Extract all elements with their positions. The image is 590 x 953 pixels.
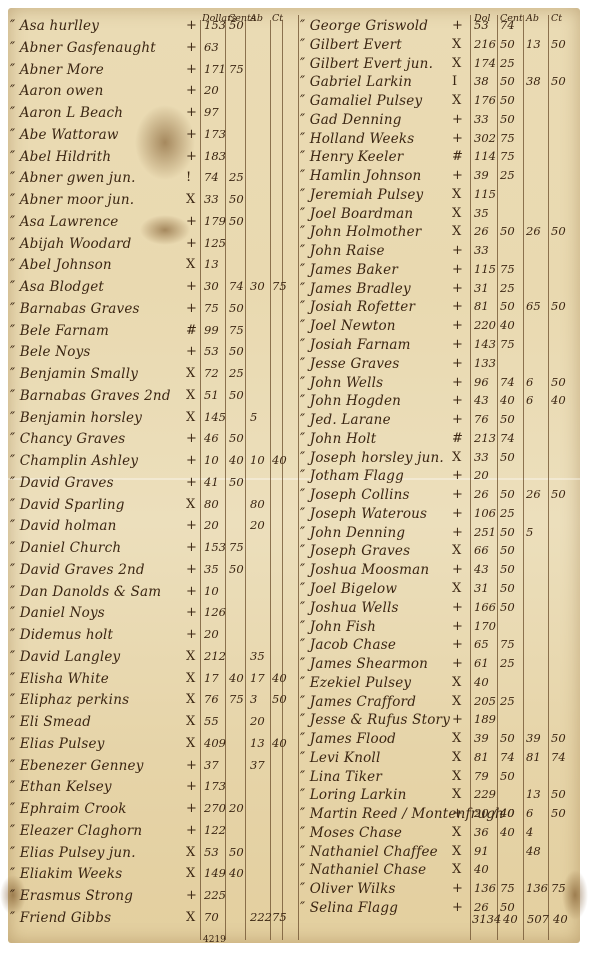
entry-mark: # (186, 323, 197, 338)
entry-dollars: 81 (474, 299, 489, 313)
entry-mark: X (186, 366, 195, 381)
entry-cents: 75 (500, 637, 515, 651)
entry-c4: 50 (551, 487, 566, 501)
entry-name: ″ James Flood (300, 731, 396, 747)
entry-c3: 3 (250, 692, 257, 706)
entry-name: ″ Eleazer Claghorn (10, 823, 142, 839)
entry-dollars: 153 (204, 540, 226, 554)
entry-c3: 222 (250, 910, 272, 924)
entry-mark: X (452, 787, 461, 802)
entry-cents: 25 (500, 168, 515, 182)
entry-dollars: 35 (204, 562, 219, 576)
entry-mark: + (186, 83, 197, 98)
entry-mark: ! (186, 170, 191, 185)
entry-name: ″ Jesse & Rufus Story (300, 712, 450, 728)
entry-mark: + (186, 518, 197, 533)
entry-name: ″ Abe Wattoraw (10, 127, 119, 143)
entry-dollars: 173 (204, 127, 226, 141)
entry-mark: + (186, 453, 197, 468)
entry-dollars: 10 (204, 584, 219, 598)
entry-mark: X (452, 769, 461, 784)
entry-c3: 5 (250, 410, 257, 424)
entry-c3: 4 (526, 825, 533, 839)
entry-cents: 40 (500, 825, 515, 839)
entry-dollars: 216 (474, 37, 496, 51)
entry-cents: 50 (500, 112, 515, 126)
entry-cents: 50 (500, 299, 515, 313)
entry-dollars: 115 (474, 262, 496, 276)
entry-dollars: 61 (474, 656, 489, 670)
entry-cents: 50 (229, 344, 244, 358)
entry-c4: 75 (272, 279, 287, 293)
entry-name: ″ James Baker (300, 262, 398, 278)
entry-cents: 25 (500, 56, 515, 70)
entry-c4: 50 (551, 224, 566, 238)
entry-dollars: 409 (204, 736, 226, 750)
entry-name: ″ Joseph Collins (300, 487, 410, 503)
entry-name: ″ Friend Gibbs (10, 910, 111, 926)
entry-mark: X (452, 731, 461, 746)
entry-dollars: 30 (204, 279, 219, 293)
entry-name: ″ Selina Flagg (300, 900, 398, 916)
entry-name: ″ Abner More (10, 62, 104, 78)
entry-name: ″ John Fish (300, 619, 376, 635)
entry-name: ″ Abner gwen jun. (10, 170, 136, 186)
entry-c3: 10 (250, 453, 265, 467)
entry-name: ″ John Hogden (300, 393, 401, 409)
entry-dollars: 76 (204, 692, 219, 706)
entry-name: ″ Benjamin Smally (10, 366, 138, 382)
entry-name: ″ John Wells (300, 375, 383, 391)
entry-dollars: 10 (204, 453, 219, 467)
entry-dollars: 20 (204, 518, 219, 532)
column-rule (470, 15, 471, 940)
entry-mark: X (186, 866, 195, 881)
entry-mark: + (452, 619, 463, 634)
entry-mark: + (452, 487, 463, 502)
entry-dollars: 149 (204, 866, 226, 880)
entry-mark: + (452, 243, 463, 258)
entry-mark: + (452, 806, 463, 821)
entry-cents: 75 (229, 323, 244, 337)
entry-name: ″ Levi Knoll (300, 750, 380, 766)
entry-dollars: 220 (474, 318, 496, 332)
entry-mark: X (186, 692, 195, 707)
entry-dollars: 72 (204, 366, 219, 380)
entry-cents: 50 (500, 37, 515, 51)
entry-dollars: 229 (474, 787, 496, 801)
entry-mark: + (452, 525, 463, 540)
entry-cents: 50 (229, 431, 244, 445)
entry-dollars: 143 (474, 337, 496, 351)
right-total-cents: 40 (503, 912, 518, 926)
entry-name: ″ David Sparling (10, 497, 125, 513)
entry-name: ″ Bele Farnam (10, 323, 109, 339)
right-total-dollars: 3134 (472, 912, 501, 926)
entry-mark: + (186, 627, 197, 642)
entry-cents: 50 (500, 412, 515, 426)
entry-name: ″ Elias Pulsey jun. (10, 845, 136, 861)
entry-mark: # (452, 149, 463, 164)
entry-mark: + (452, 318, 463, 333)
entry-cents: 75 (500, 881, 515, 895)
entry-c3: 37 (250, 758, 265, 772)
entry-dollars: 145 (204, 410, 226, 424)
entry-cents: 50 (229, 18, 244, 32)
entry-name: ″ Asa hurlley (10, 18, 99, 34)
entry-c4: 40 (272, 671, 287, 685)
entry-cents: 75 (500, 131, 515, 145)
entry-name: ″ Abner moor jun. (10, 192, 134, 208)
entry-dollars: 46 (204, 431, 219, 445)
entry-dollars: 251 (474, 525, 496, 539)
entry-mark: X (186, 736, 195, 751)
entry-dollars: 43 (474, 393, 489, 407)
column-rule (497, 15, 498, 940)
entry-mark: + (452, 393, 463, 408)
entry-mark: + (186, 779, 197, 794)
column-header: Ab (250, 13, 263, 24)
entry-name: ″ David holman (10, 518, 117, 534)
entry-name: ″ John Denning (300, 525, 405, 541)
entry-mark: X (186, 845, 195, 860)
entry-dollars: 26 (474, 487, 489, 501)
entry-mark: X (452, 224, 461, 239)
entry-cents: 25 (229, 366, 244, 380)
entry-mark: + (186, 279, 197, 294)
entry-dollars: 114 (474, 149, 496, 163)
entry-name: ″ Jacob Chase (300, 637, 396, 653)
column-rule (245, 20, 246, 940)
entry-cents: 75 (500, 337, 515, 351)
entry-dollars: 33 (474, 450, 489, 464)
entry-c3: 136 (526, 881, 548, 895)
entry-name: ″ Aaron L Beach (10, 105, 123, 121)
entry-name: ″ Abijah Woodard (10, 236, 131, 252)
column-rule (282, 20, 283, 940)
entry-cents: 50 (229, 475, 244, 489)
entry-dollars: 20 (474, 468, 489, 482)
entry-mark: X (452, 862, 461, 877)
entry-dollars: 40 (474, 675, 489, 689)
entry-dollars: 166 (474, 600, 496, 614)
entry-mark: X (452, 187, 461, 202)
entry-c4: 50 (551, 731, 566, 745)
entry-mark: + (452, 412, 463, 427)
entry-mark: + (186, 127, 197, 142)
right-total-c3: 507 (527, 912, 549, 926)
entry-name: ″ Abel Hildrith (10, 149, 111, 165)
entry-mark: X (452, 825, 461, 840)
entry-dollars: 80 (204, 497, 219, 511)
entry-dollars: 43 (474, 562, 489, 576)
entry-mark: X (452, 450, 461, 465)
column-header: Ct (551, 13, 562, 24)
entry-mark: + (186, 105, 197, 120)
entry-name: ″ Loring Larkin (300, 787, 407, 803)
entry-cents: 50 (229, 192, 244, 206)
entry-cents: 50 (229, 845, 244, 859)
entry-name: ″ Elisha White (10, 671, 109, 687)
entry-mark: + (186, 344, 197, 359)
entry-cents: 25 (229, 170, 244, 184)
entry-dollars: 115 (474, 187, 496, 201)
entry-mark: X (186, 257, 195, 272)
entry-mark: + (186, 888, 197, 903)
entry-cents: 50 (500, 562, 515, 576)
entry-cents: 50 (500, 93, 515, 107)
entry-c3: 26 (526, 224, 541, 238)
entry-c3: 30 (250, 279, 265, 293)
entry-dollars: 213 (474, 431, 496, 445)
entry-name: ″ Ephraim Crook (10, 801, 127, 817)
entry-mark: + (186, 301, 197, 316)
entry-dollars: 55 (204, 714, 219, 728)
entry-mark: X (452, 581, 461, 596)
entry-mark: X (452, 675, 461, 690)
entry-mark: X (186, 649, 195, 664)
entry-dollars: 26 (474, 224, 489, 238)
entry-name: ″ Barnabas Graves (10, 301, 140, 317)
entry-name: ″ Holland Weeks (300, 131, 414, 147)
entry-dollars: 53 (204, 344, 219, 358)
entry-c3: 65 (526, 299, 541, 313)
column-header: Ab (526, 13, 539, 24)
entry-name: ″ Joshua Wells (300, 600, 399, 616)
entry-cents: 50 (500, 74, 515, 88)
entry-cents: 25 (500, 506, 515, 520)
entry-dollars: 13 (204, 257, 219, 271)
entry-dollars: 136 (474, 881, 496, 895)
entry-c3: 39 (526, 731, 541, 745)
entry-name: ″ Abel Johnson (10, 257, 112, 273)
entry-dollars: 20 (204, 627, 219, 641)
entry-c3: 80 (250, 497, 265, 511)
entry-name: ″ Abner Gasfenaught (10, 40, 156, 56)
entry-dollars: 39 (474, 731, 489, 745)
entry-c4: 50 (551, 37, 566, 51)
entry-dollars: 36 (474, 825, 489, 839)
entry-cents: 50 (500, 525, 515, 539)
entry-name: ″ Gamaliel Pulsey (300, 93, 422, 109)
entry-c3: 5 (526, 525, 533, 539)
entry-mark: X (186, 192, 195, 207)
entry-c4: 74 (551, 750, 566, 764)
entry-dollars: 173 (204, 779, 226, 793)
entry-mark: + (186, 605, 197, 620)
entry-name: ″ Dan Danolds & Sam (10, 584, 161, 600)
entry-name: ″ David Langley (10, 649, 120, 665)
entry-mark: X (186, 410, 195, 425)
entry-name: ″ Eliakim Weeks (10, 866, 122, 882)
entry-mark: + (452, 337, 463, 352)
entry-cents: 50 (229, 214, 244, 228)
entry-dollars: 35 (474, 206, 489, 220)
entry-name: ″ Gilbert Evert (300, 37, 402, 53)
entry-name: ″ Champlin Ashley (10, 453, 138, 469)
entry-c3: 20 (250, 518, 265, 532)
entry-name: ″ Didemus holt (10, 627, 113, 643)
entry-c4: 40 (551, 393, 566, 407)
entry-dollars: 76 (474, 412, 489, 426)
entry-name: ″ John Raise (300, 243, 385, 259)
column-rule (270, 20, 271, 940)
entry-cents: 50 (229, 301, 244, 315)
entry-dollars: 96 (474, 375, 489, 389)
entry-dollars: 20 (204, 83, 219, 97)
entry-dollars: 70 (204, 910, 219, 924)
entry-dollars: 171 (204, 62, 226, 76)
entry-mark: + (452, 600, 463, 615)
entry-dollars: 183 (204, 149, 226, 163)
entry-dollars: 99 (204, 323, 219, 337)
entry-cents: 50 (500, 450, 515, 464)
entry-mark: + (186, 475, 197, 490)
entry-cents: 50 (500, 600, 515, 614)
entry-c4: 75 (272, 910, 287, 924)
entry-dollars: 74 (204, 170, 219, 184)
entry-mark: + (452, 881, 463, 896)
entry-mark: + (452, 356, 463, 371)
entry-mark: + (452, 18, 463, 33)
entry-name: ″ Joel Bigelow (300, 581, 397, 597)
entry-name: ″ Ethan Kelsey (10, 779, 112, 795)
entry-mark: + (452, 900, 463, 915)
entry-name: ″ Jotham Flagg (300, 468, 404, 484)
entry-name: ″ Gad Denning (300, 112, 402, 128)
entry-mark: + (452, 637, 463, 652)
entry-dollars: 31 (474, 581, 489, 595)
entry-c3: 26 (526, 487, 541, 501)
entry-c3: 13 (526, 787, 541, 801)
entry-c4: 40 (272, 453, 287, 467)
water-stain (140, 215, 190, 245)
entry-cents: 40 (229, 453, 244, 467)
entry-name: ″ Oliver Wilks (300, 881, 396, 897)
entry-dollars: 189 (474, 712, 496, 726)
entry-name: ″ Daniel Noys (10, 605, 105, 621)
entry-cents: 75 (229, 62, 244, 76)
entry-cents: 50 (500, 769, 515, 783)
entry-cents: 50 (500, 731, 515, 745)
entry-mark: X (452, 37, 461, 52)
entry-mark: X (452, 694, 461, 709)
entry-cents: 74 (500, 375, 515, 389)
entry-cents: 20 (229, 801, 244, 815)
entry-name: ″ John Holmother (300, 224, 421, 240)
entry-name: ″ Jesse Graves (300, 356, 400, 372)
entry-name: ″ Chancy Graves (10, 431, 125, 447)
entry-name: ″ Eliphaz perkins (10, 692, 129, 708)
entry-name: ″ Jeremiah Pulsey (300, 187, 423, 203)
entry-dollars: 97 (204, 105, 219, 119)
entry-name: ″ Joseph Waterous (300, 506, 427, 522)
entry-mark: + (452, 468, 463, 483)
entry-c3: 6 (526, 393, 533, 407)
entry-cents: 75 (229, 540, 244, 554)
entry-cents: 74 (229, 279, 244, 293)
entry-mark: + (452, 562, 463, 577)
entry-mark: X (452, 56, 461, 71)
entry-name: ″ Lina Tiker (300, 769, 382, 785)
column-header: Ct (272, 13, 283, 24)
left-total: 4219 (203, 935, 226, 945)
entry-cents: 50 (229, 388, 244, 402)
entry-dollars: 31 (474, 281, 489, 295)
entry-mark: X (186, 388, 195, 403)
entry-c3: 81 (526, 750, 541, 764)
entry-cents: 40 (500, 806, 515, 820)
entry-mark: + (186, 540, 197, 555)
entry-mark: X (452, 543, 461, 558)
entry-c3: 6 (526, 806, 533, 820)
entry-name: ″ Asa Blodget (10, 279, 104, 295)
entry-mark: + (452, 131, 463, 146)
entry-c3: 13 (526, 37, 541, 51)
entry-name: ″ David Graves (10, 475, 114, 491)
entry-dollars: 179 (204, 214, 226, 228)
entry-mark: X (452, 93, 461, 108)
entry-name: ″ Ezekiel Pulsey (300, 675, 411, 691)
entry-name: ″ Joel Boardman (300, 206, 413, 222)
entry-mark: # (452, 431, 463, 446)
entry-dollars: 66 (474, 543, 489, 557)
entry-name: ″ Barnabas Graves 2nd (10, 388, 171, 404)
entry-cents: 25 (500, 656, 515, 670)
entry-name: ″ James Bradley (300, 281, 411, 297)
entry-name: ″ Benjamin horsley (10, 410, 142, 426)
entry-cents: 50 (500, 224, 515, 238)
entry-mark: + (186, 149, 197, 164)
entry-cents: 40 (500, 318, 515, 332)
entry-mark: + (452, 168, 463, 183)
entry-name: ″ Erasmus Strong (10, 888, 133, 904)
entry-dollars: 33 (474, 112, 489, 126)
entry-dollars: 174 (474, 56, 496, 70)
entry-dollars: 53 (474, 18, 489, 32)
entry-name: ″ Aaron owen (10, 83, 103, 99)
entry-dollars: 79 (474, 769, 489, 783)
entry-c4: 50 (551, 787, 566, 801)
entry-mark: X (452, 750, 461, 765)
entry-name: ″ Josiah Rofetter (300, 299, 415, 315)
entry-name: ″ Eli Smead (10, 714, 91, 730)
entry-name: ″ Henry Keeler (300, 149, 403, 165)
entry-dollars: 225 (204, 888, 226, 902)
entry-mark: X (186, 714, 195, 729)
entry-c3: 13 (250, 736, 265, 750)
entry-dollars: 270 (204, 801, 226, 815)
entry-mark: + (186, 236, 197, 251)
entry-c4: 50 (551, 806, 566, 820)
entry-mark: + (452, 299, 463, 314)
entry-mark: + (452, 281, 463, 296)
entry-dollars: 63 (204, 40, 219, 54)
entry-mark: + (186, 801, 197, 816)
entry-dollars: 176 (474, 93, 496, 107)
entry-cents: 40 (500, 393, 515, 407)
entry-mark: X (452, 844, 461, 859)
entry-mark: X (186, 671, 195, 686)
entry-mark: X (452, 206, 461, 221)
entry-name: ″ Moses Chase (300, 825, 402, 841)
entry-c4: 75 (551, 881, 566, 895)
entry-mark: + (186, 18, 197, 33)
column-rule (548, 15, 549, 940)
entry-dollars: 91 (474, 844, 489, 858)
entry-name: ″ George Griswold (300, 18, 428, 34)
entry-c4: 50 (551, 74, 566, 88)
